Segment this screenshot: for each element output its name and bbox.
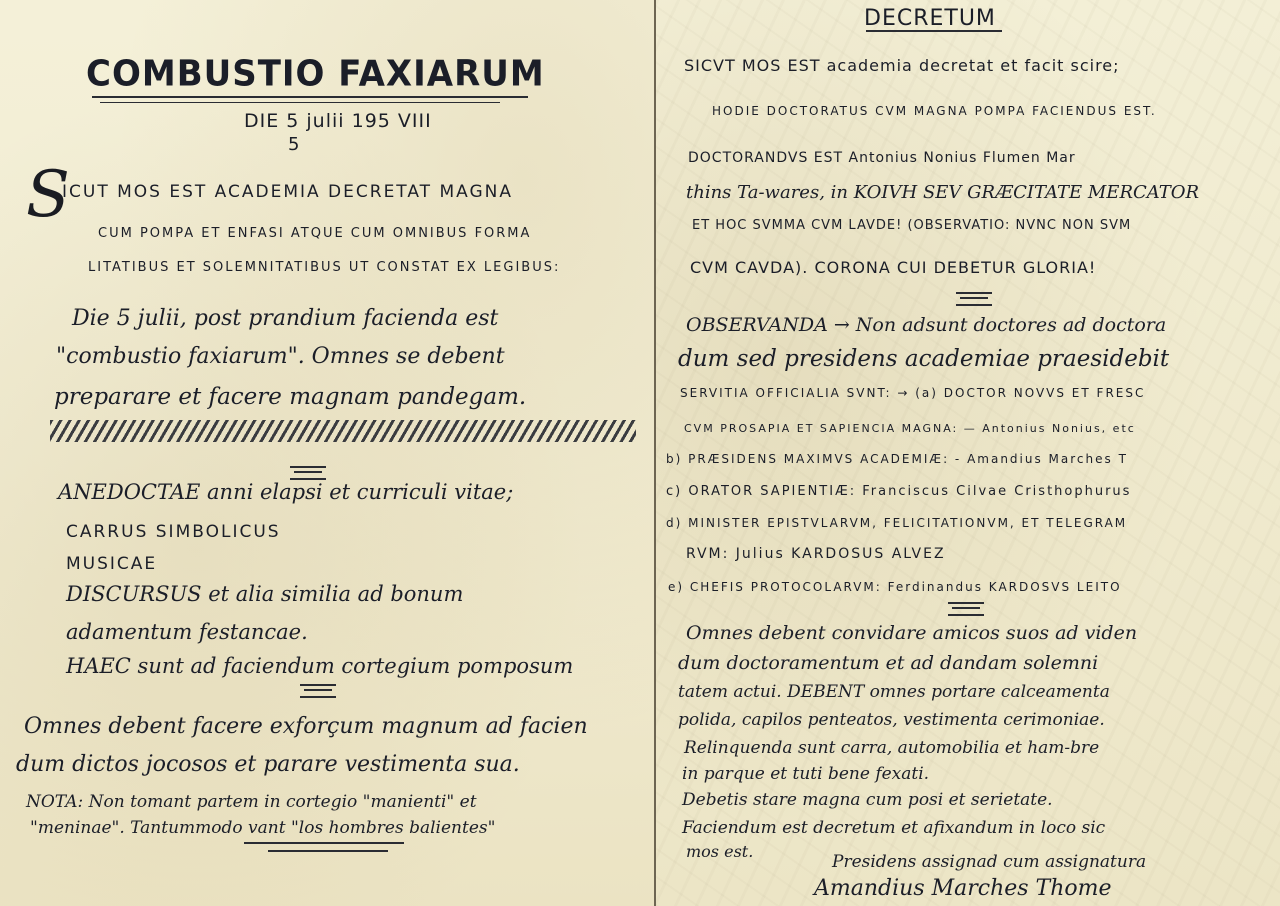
paragraph-1-line-2: "combustio faxiarum". Omnes se debent (56, 344, 505, 369)
closing-line-1: Omnes debent convidare amicos suos ad vi… (686, 622, 1137, 644)
right-page: DECRETUM SICVT MOS EST academia decretat… (656, 0, 1280, 906)
signature: Amandius Marches Thome (814, 876, 1112, 901)
decree-divider (956, 292, 992, 306)
title-underline (92, 96, 528, 98)
section-divider (290, 466, 326, 480)
decree-line-6: CVM CAVDA). CORONA CUI DEBETUR GLORIA! (690, 258, 1096, 277)
intro-line-2: CUM POMPA ET ENFASI ATQUE CUM OMNIBUS FO… (98, 226, 531, 241)
paragraph-2-line-2: dum dictos jocosos et parare vestimenta … (16, 752, 520, 777)
intro-line-3: LITATIBUS ET SOLEMNITATIBUS UT CONSTAT E… (88, 260, 560, 275)
program-line-5: adamentum festancae. (66, 620, 308, 644)
decree-line-4: thins Ta-wares, in KOIVH SEV GRÆCITATE M… (686, 182, 1199, 203)
closing-line-4: polida, capilos penteatos, vestimenta ce… (678, 710, 1105, 730)
decree-line-2: HODIE DOCTORATUS CVM MAGNA POMPA FACIEND… (712, 104, 1157, 118)
program-line-6: HAEC sunt ad faciendum cortegium pomposu… (66, 654, 573, 678)
decree-line-1: SICVT MOS EST academia decretat et facit… (684, 56, 1120, 75)
closing-line-2: dum doctoramentum et ad dandam solemni (678, 652, 1098, 674)
program-line-1: ANEDOCTAE anni elapsi et curriculi vitae… (58, 480, 513, 504)
observanda-line-6: c) ORATOR SAPIENTIÆ: Franciscus Cilvae C… (666, 484, 1131, 499)
paragraph-1-line-1: Die 5 julii, post prandium facienda est (72, 306, 498, 331)
signature-line: Presidens assignad cum assignatura (832, 852, 1146, 872)
crossed-out-line (50, 420, 636, 442)
paragraph-1-line-3: preparare et facere magnam pandegam. (54, 384, 526, 410)
section-divider-2 (300, 684, 336, 698)
closing-line-8: Faciendum est decretum et afixandum in l… (682, 818, 1105, 838)
decree-line-3: DOCTORANDVS EST Antonius Nonius Flumen M… (688, 150, 1076, 166)
closing-line-9: mos est. (686, 842, 753, 861)
observanda-line-8: RVM: Julius KARDOSUS ALVEZ (686, 546, 946, 562)
observanda-line-7: d) MINISTER EPISTVLARVM, FELICITATIONVM,… (666, 516, 1127, 530)
right-title: DECRETUM (864, 6, 996, 31)
observanda-line-5: b) PRÆSIDENS MAXIMVS ACADEMIÆ: - Amandiu… (666, 452, 1128, 466)
title-underline-2 (100, 102, 500, 103)
closing-line-3: tatem actui. DEBENT omnes portare calcea… (678, 682, 1110, 702)
date-line: DIE 5 julii 195 VIII (244, 110, 432, 132)
observanda-line-4: CVM PROSAPIA ET SAPIENCIA MAGNA: — Anton… (684, 422, 1136, 435)
left-title: COMBUSTIO FAXIARUM (86, 53, 545, 95)
right-title-underline (866, 30, 1002, 32)
observanda-line-9: e) CHEFIS PROTOCOLARVM: Ferdinandus KARD… (668, 580, 1122, 594)
closing-line-7: Debetis stare magna cum posi et serietat… (682, 790, 1053, 810)
program-line-2: CARRUS SIMBOLICUS (66, 522, 281, 542)
nota-line-2: "meninae". Tantummodo vant "los hombres … (30, 818, 495, 838)
paragraph-2-line-1: Omnes debent facere exforçum magnum ad f… (24, 714, 588, 739)
nota-line-1: NOTA: Non tomant partem in cortegio "man… (26, 792, 477, 812)
observanda-line-1: OBSERVANDA → Non adsunt doctores ad doct… (686, 314, 1166, 336)
document-spread: COMBUSTIO FAXIARUM DIE 5 julii 195 VIII … (0, 0, 1280, 906)
closing-line-6: in parque et tuti bene fexati. (682, 764, 929, 784)
program-line-3: MUSICAE (66, 554, 157, 574)
closing-line-5: Relinquenda sunt carra, automobilia et h… (684, 738, 1099, 758)
nota-underline-2 (268, 850, 388, 852)
observanda-line-2: dum sed presidens academiae praesidebit (678, 346, 1169, 372)
date-correction: 5 (288, 134, 301, 155)
left-page: COMBUSTIO FAXIARUM DIE 5 julii 195 VIII … (0, 0, 656, 906)
decree-line-5: ET HOC SVMMA CVM LAVDE! (OBSERVATIO: NVN… (692, 218, 1131, 233)
intro-line-1: ICUT MOS EST ACADEMIA DECRETAT MAGNA (62, 182, 513, 202)
observanda-line-3: SERVITIA OFFICIALIA SVNT: → (a) DOCTOR N… (680, 386, 1145, 400)
program-line-4: DISCURSUS et alia similia ad bonum (66, 582, 463, 606)
nota-underline (244, 842, 404, 844)
observanda-divider (948, 602, 984, 616)
